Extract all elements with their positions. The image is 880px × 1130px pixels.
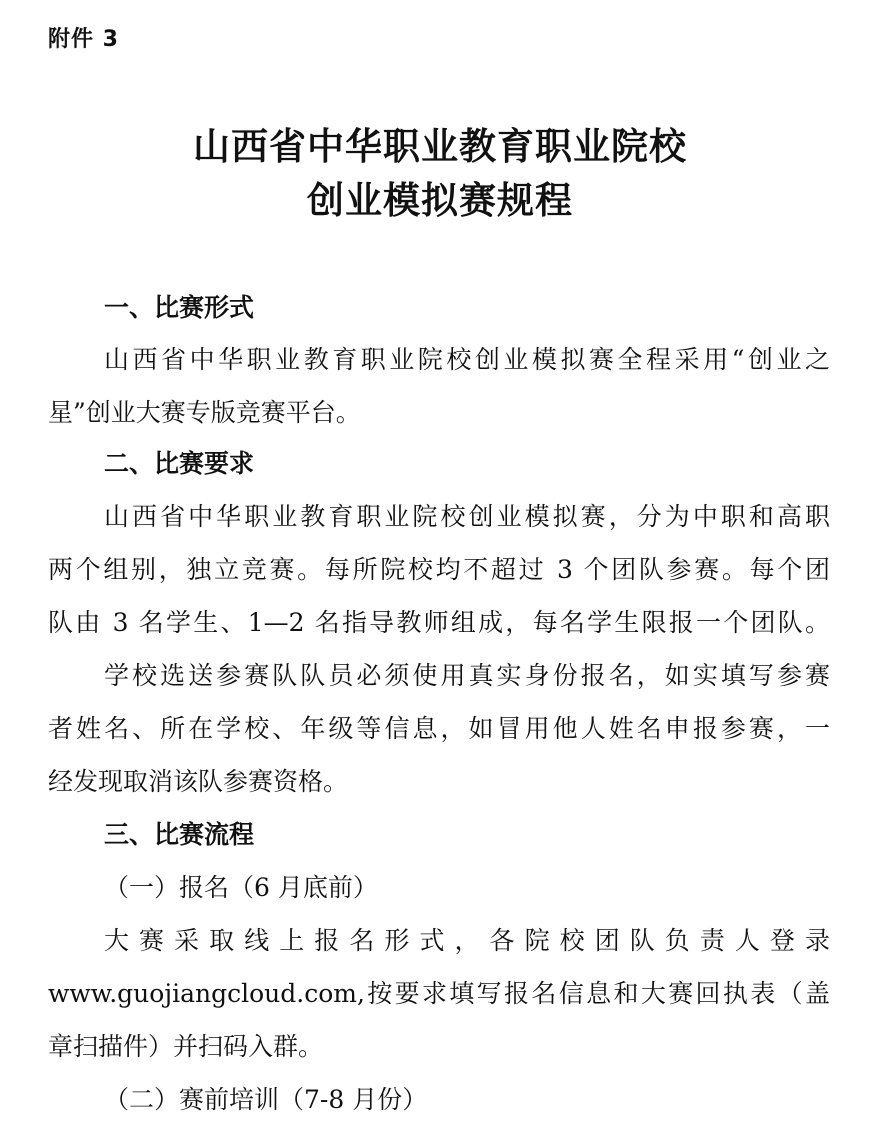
- attachment-label: 附件 3: [48, 22, 119, 53]
- section-heading-3: 三、比赛流程: [104, 815, 254, 851]
- url-line: www.guojiangcloud.com,按要求填写报名信息和大赛回执表（盖: [48, 974, 830, 1010]
- paragraph-line: 队由 3 名学生、1—2 名指导教师组成，每名学生限报一个团队。: [48, 603, 830, 639]
- document-page: 附件 3 山西省中华职业教育职业院校 创业模拟赛规程 一、比赛形式 山西省中华职…: [0, 0, 880, 1130]
- paragraph-line: 山西省中华职业教育职业院校创业模拟赛全程采用“创业之: [104, 340, 830, 376]
- paragraph-line: 经发现取消该队参赛资格。: [48, 762, 348, 798]
- subsection-heading-1: （一）报名（6 月底前）: [104, 868, 378, 904]
- document-title-line1: 山西省中华职业教育职业院校: [0, 116, 880, 170]
- section-heading-1: 一、比赛形式: [104, 288, 254, 324]
- paragraph-line: 山西省中华职业教育职业院校创业模拟赛，分为中职和高职: [104, 497, 830, 533]
- subsection-heading-2: （二）赛前培训（7-8 月份）: [104, 1080, 427, 1116]
- document-title-line2: 创业模拟赛规程: [0, 170, 880, 224]
- paragraph-line: 章扫描件）并扫码入群。: [48, 1027, 323, 1063]
- paragraph-line: 大赛采取线上报名形式，各院校团队负责人登录: [104, 921, 830, 957]
- paragraph-line: 者姓名、所在学校、年级等信息，如冒用他人姓名申报参赛，一: [48, 709, 830, 745]
- paragraph-line: 学校选送参赛队队员必须使用真实身份报名，如实填写参赛: [104, 656, 830, 692]
- section-heading-2: 二、比赛要求: [104, 444, 254, 480]
- paragraph-line: 两个组别，独立竞赛。每所院校均不超过 3 个团队参赛。每个团: [48, 550, 830, 586]
- paragraph-line: 星”创业大赛专版竞赛平台。: [48, 393, 361, 429]
